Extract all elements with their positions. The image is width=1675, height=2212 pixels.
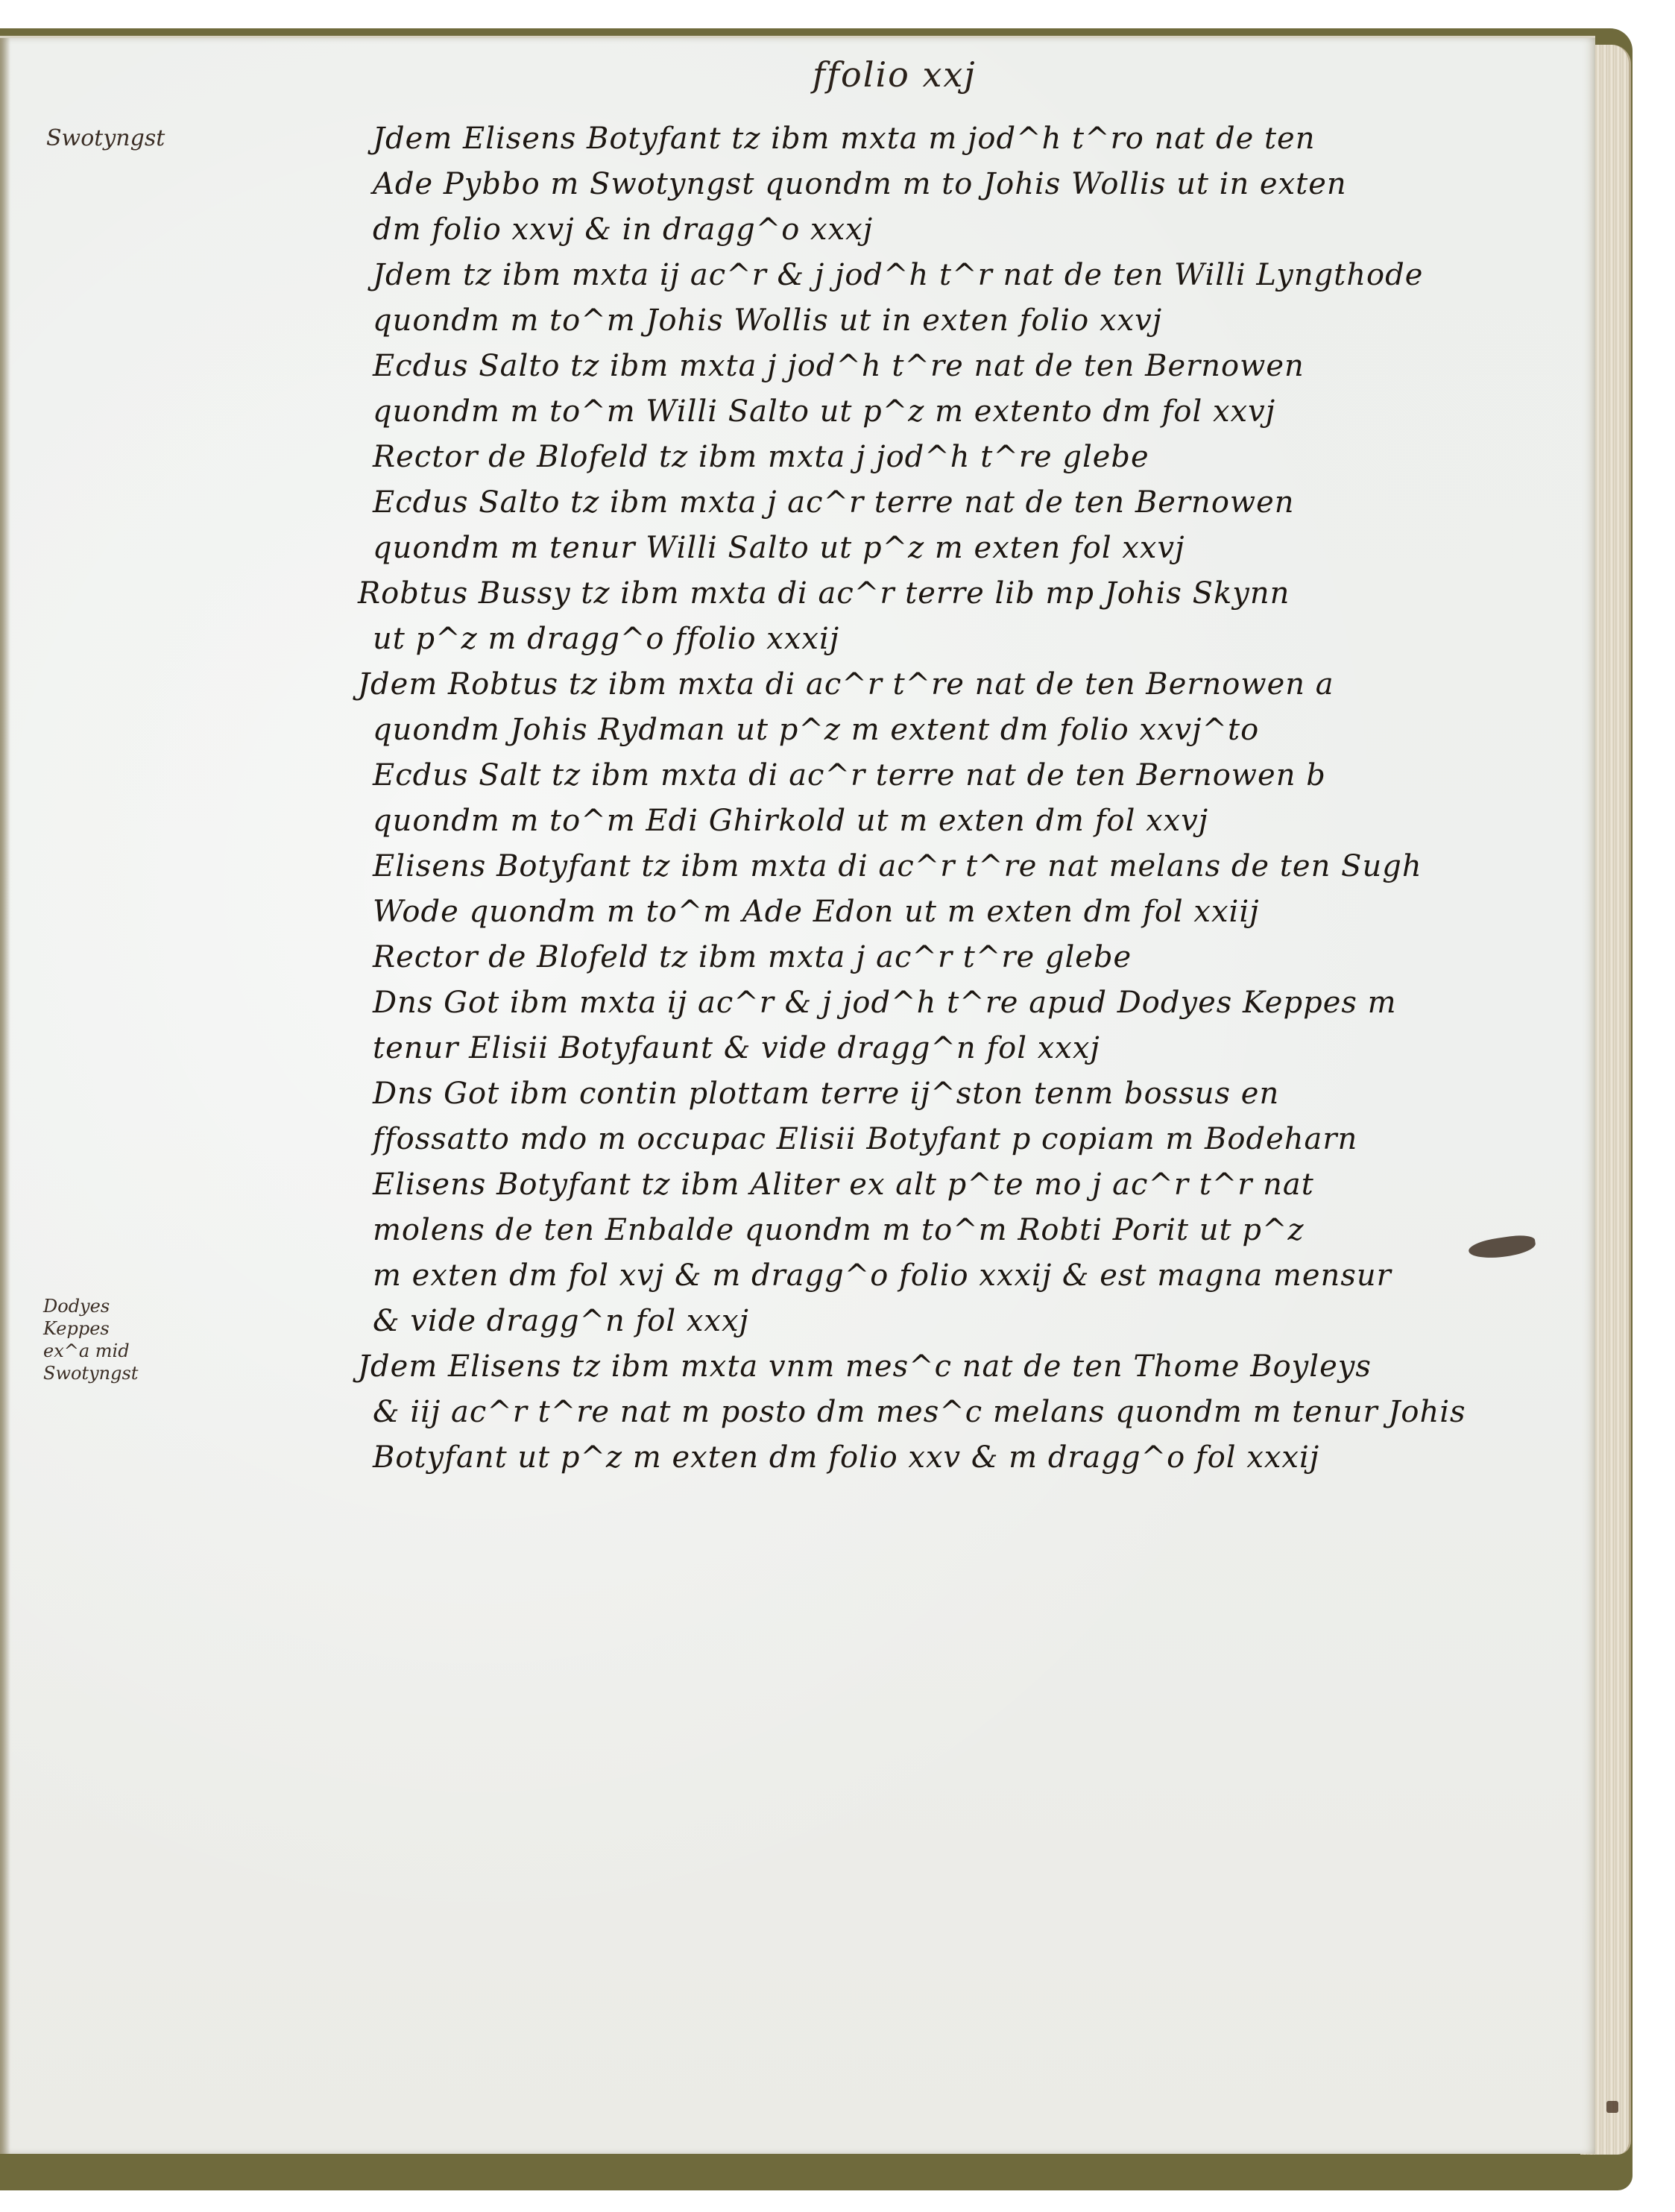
- text-line: quondm m to^m Edi Ghirkold ut m exten dm…: [373, 798, 1551, 844]
- text-line: & iij ac^r t^re nat m posto dm mes^c mel…: [373, 1390, 1551, 1435]
- text-line: Rector de Blofeld tz ibm mxta j jod^h t^…: [373, 435, 1551, 480]
- text-line: Robtus Bussy tz ibm mxta di ac^r terre l…: [358, 571, 1551, 617]
- text-line: Dns Got ibm contin plottam terre ij^ston…: [373, 1071, 1551, 1117]
- text-line: tenur Elisii Botyfaunt & vide dragg^n fo…: [373, 1026, 1551, 1071]
- margin-note-line: Keppes: [43, 1317, 138, 1340]
- text-line: m exten dm fol xvj & m dragg^o folio xxx…: [373, 1253, 1551, 1299]
- text-line: dm folio xxvj & in dragg^o xxxj: [373, 207, 1551, 253]
- text-line: quondm m tenur Willi Salto ut p^z m exte…: [373, 526, 1551, 571]
- text-line: quondm m to^m Willi Salto ut p^z m exten…: [373, 389, 1551, 435]
- text-line: Jdem Robtus tz ibm mxta di ac^r t^re nat…: [358, 662, 1551, 708]
- margin-note-line: Swotyngst: [43, 1362, 138, 1384]
- text-line: Botyfant ut p^z m exten dm folio xxv & m…: [373, 1435, 1551, 1481]
- margin-note-line: ex^a mid: [43, 1340, 138, 1362]
- text-line: Ecdus Salto tz ibm mxta j ac^r terre nat…: [373, 480, 1551, 526]
- folio-heading: ffolio xxj: [813, 54, 977, 95]
- text-line: Jdem Elisens tz ibm mxta vnm mes^c nat d…: [358, 1344, 1551, 1390]
- manuscript-page: ffolio xxj Swotyngst Dodyes Keppes ex^a …: [0, 36, 1595, 2154]
- text-line: molens de ten Enbalde quondm m to^m Robt…: [373, 1208, 1551, 1253]
- margin-note-middle: Dodyes Keppes ex^a mid Swotyngst: [43, 1295, 138, 1384]
- text-line: Ecdus Salt tz ibm mxta di ac^r terre nat…: [373, 753, 1551, 798]
- text-line: Elisens Botyfant tz ibm mxta di ac^r t^r…: [373, 844, 1551, 889]
- text-line: Ecdus Salto tz ibm mxta j jod^h t^re nat…: [373, 344, 1551, 389]
- text-line: ut p^z m dragg^o ffolio xxxij: [373, 617, 1551, 662]
- text-line: quondm Johis Rydman ut p^z m extent dm f…: [373, 708, 1551, 753]
- text-line: Ade Pybbo m Swotyngst quondm m to Johis …: [373, 162, 1551, 207]
- text-line: & vide dragg^n fol xxxj: [373, 1299, 1551, 1344]
- text-line: ffossatto mdo m occupac Elisii Botyfant …: [373, 1117, 1551, 1162]
- margin-note-line: Dodyes: [43, 1295, 138, 1317]
- text-line: Wode quondm m to^m Ade Edon ut m exten d…: [373, 889, 1551, 935]
- text-line: Elisens Botyfant tz ibm Aliter ex alt p^…: [373, 1162, 1551, 1208]
- text-line: Jdem Elisens Botyfant tz ibm mxta m jod^…: [373, 116, 1551, 162]
- margin-note-top: Swotyngst: [46, 126, 165, 151]
- main-text-block: Jdem Elisens Botyfant tz ibm mxta m jod^…: [373, 116, 1551, 1481]
- text-line: quondm m to^m Johis Wollis ut in exten f…: [373, 298, 1551, 344]
- corner-damage: [1606, 2101, 1618, 2113]
- text-line: Rector de Blofeld tz ibm mxta j ac^r t^r…: [373, 935, 1551, 980]
- text-line: Jdem tz ibm mxta ij ac^r & j jod^h t^r n…: [373, 253, 1551, 298]
- text-line: Dns Got ibm mxta ij ac^r & j jod^h t^re …: [373, 980, 1551, 1026]
